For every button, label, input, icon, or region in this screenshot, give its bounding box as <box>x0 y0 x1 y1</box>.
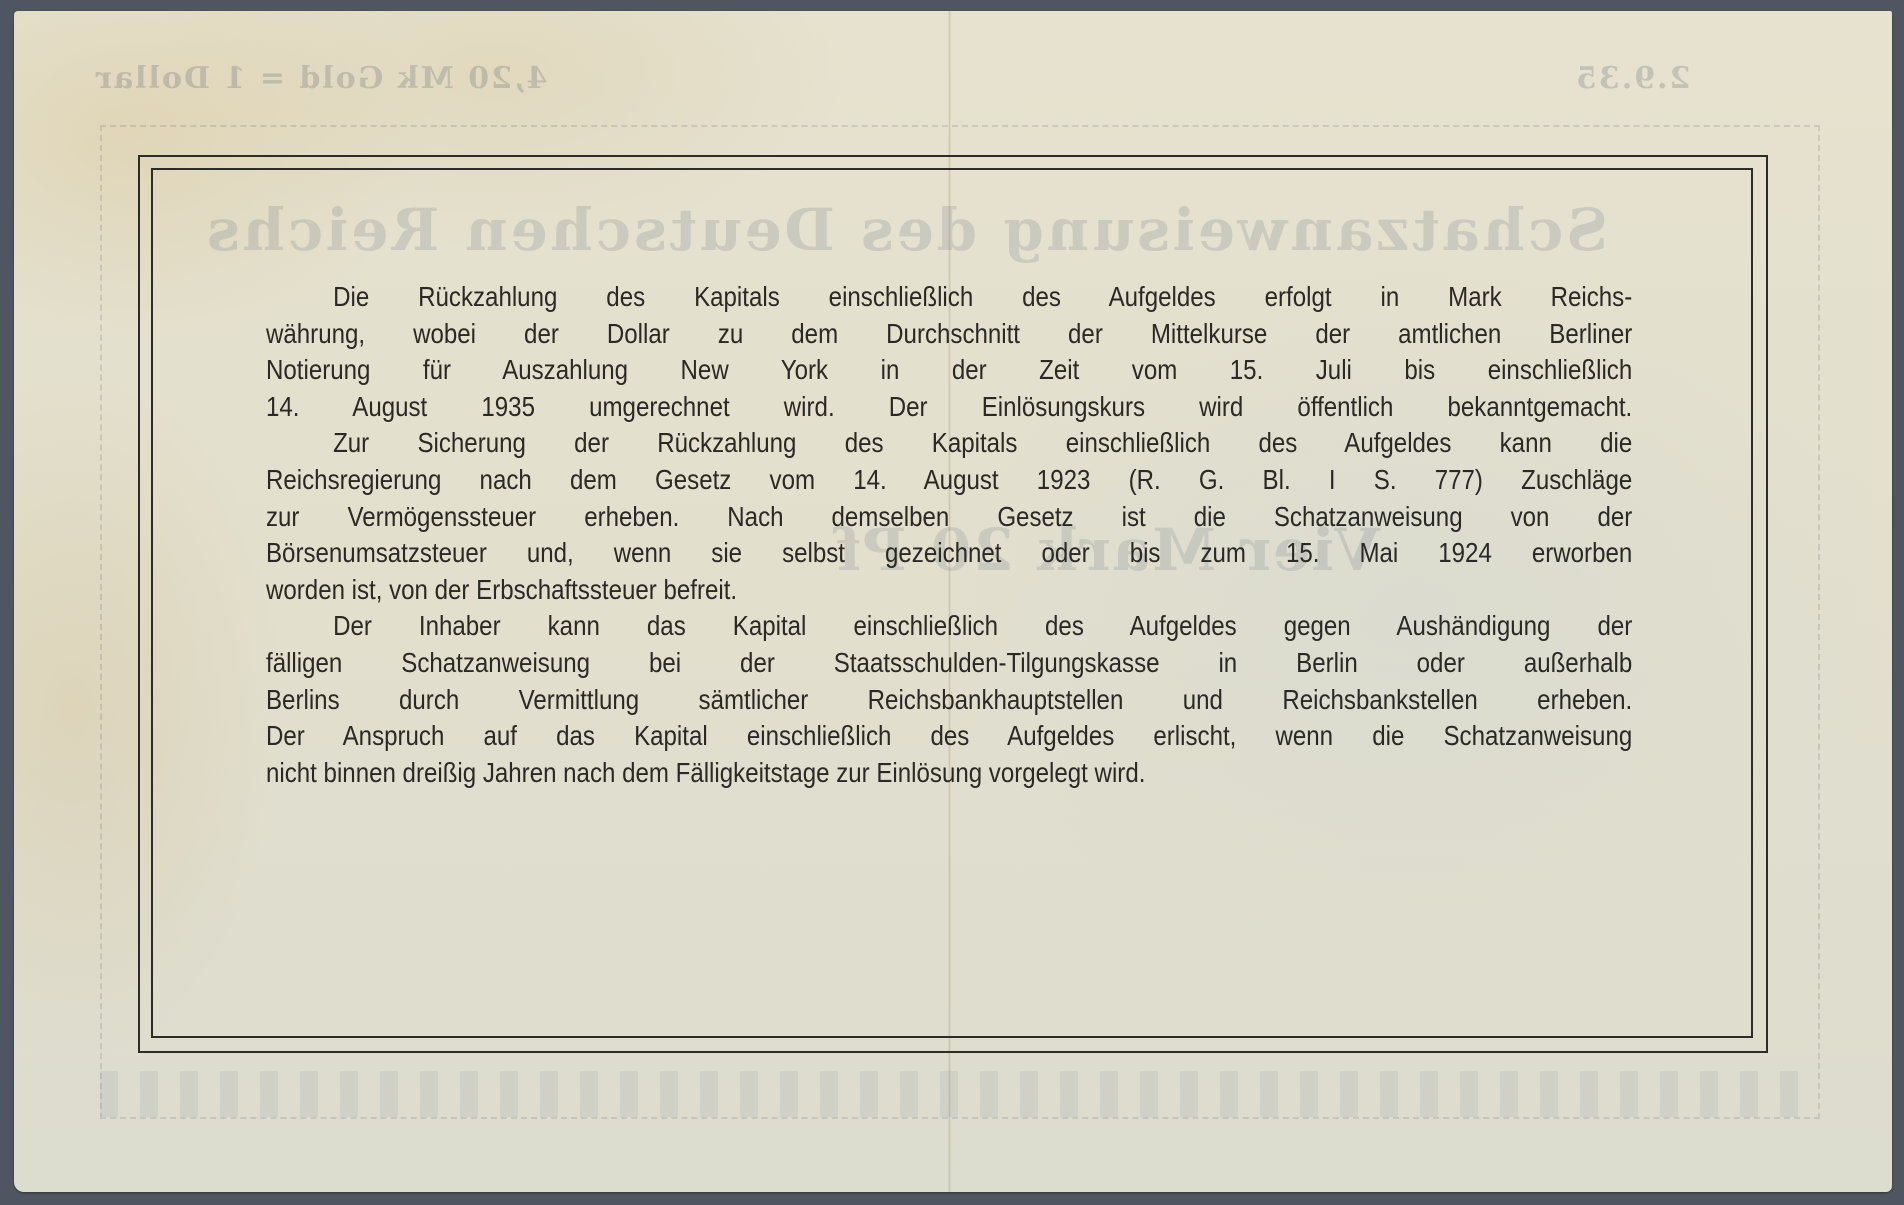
text-line: zur Vermögenssteuer erheben. Nach demsel… <box>266 499 1632 536</box>
paragraph-repayment: Die Rückzahlung des Kapitals einschließl… <box>266 279 1632 425</box>
terms-text-block: Die Rückzahlung des Kapitals einschließl… <box>266 279 1632 791</box>
text-line: fälligen Schatzanweisung bei der Staatss… <box>266 645 1632 682</box>
text-line: Der Inhaber kann das Kapital einschließl… <box>266 608 1632 645</box>
text-line: Reichsregierung nach dem Gesetz vom 14. … <box>266 462 1632 499</box>
text-line: Der Anspruch auf das Kapital einschließl… <box>266 718 1632 755</box>
text-line: Die Rückzahlung des Kapitals einschließl… <box>266 279 1632 316</box>
paragraph-holder-rights: Der Inhaber kann das Kapital einschließl… <box>266 608 1632 791</box>
scan-background: 4,20 Mk Gold = 1 Dollar 2.9.35 Schatzanw… <box>0 0 1904 1205</box>
text-line: Berlins durch Vermittlung sämtlicher Rei… <box>266 682 1632 719</box>
text-line: worden ist, von der Erbschaftssteuer bef… <box>266 572 1632 609</box>
text-line: 14. August 1935 umgerechnet wird. Der Ei… <box>266 389 1632 426</box>
show-through-date: 2.9.35 <box>1574 61 1690 96</box>
text-line: Börsenumsatzsteuer und, wenn sie selbst … <box>266 535 1632 572</box>
text-line: Notierung für Auszahlung New York in der… <box>266 352 1632 389</box>
show-through-ornament-band <box>100 1071 1816 1117</box>
text-line: währung, wobei der Dollar zu dem Durchsc… <box>266 316 1632 353</box>
text-line: nicht binnen dreißig Jahren nach dem Fäl… <box>266 755 1632 792</box>
banknote-paper: 4,20 Mk Gold = 1 Dollar 2.9.35 Schatzanw… <box>14 11 1892 1192</box>
paragraph-security: Zur Sicherung der Rückzahlung des Kapita… <box>266 425 1632 608</box>
text-line: Zur Sicherung der Rückzahlung des Kapita… <box>266 425 1632 462</box>
show-through-exchange-rate: 4,20 Mk Gold = 1 Dollar <box>94 61 547 96</box>
